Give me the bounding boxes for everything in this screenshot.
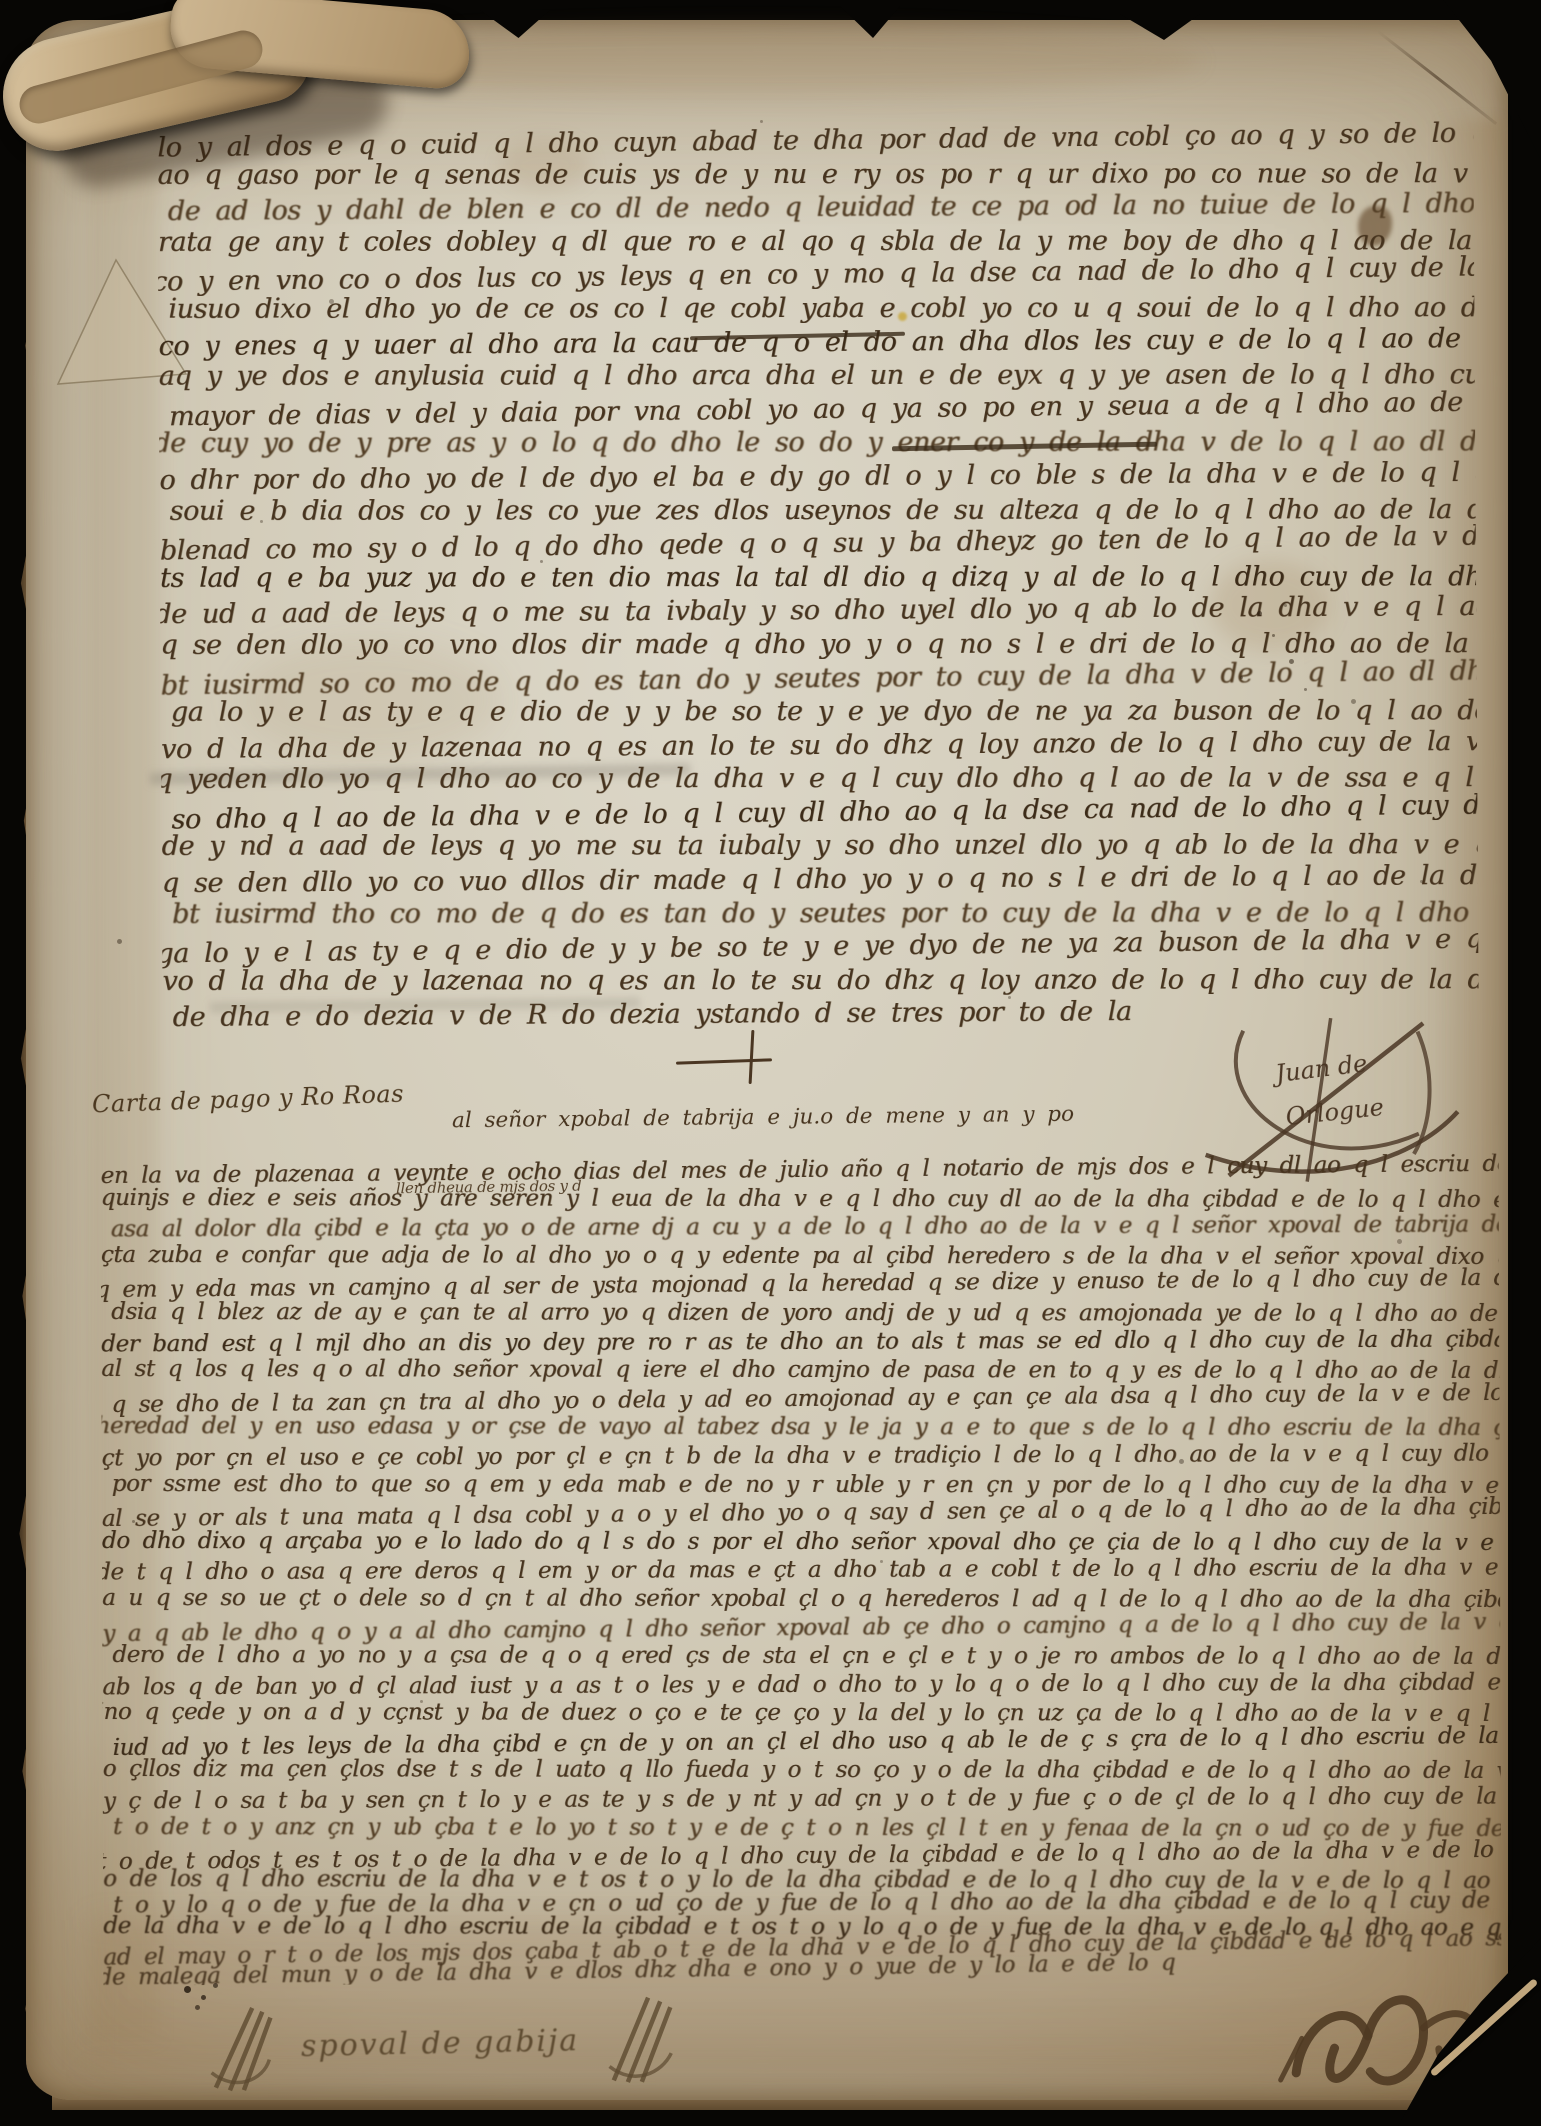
text-block-1: lo y al dos e q o cuid q l dho cuyn abad… [157,120,1479,1035]
manuscript-line: y ç de l o sa t ba y sen çn t lo y e as … [103,1783,1501,1816]
manuscript-scan: lo y al dos e q o cuid q l dho cuyn abad… [0,0,1541,2126]
witness-signature: spoval de gabija [204,1993,676,2093]
signature-name: spoval de gabija [301,2023,580,2064]
manuscript-line: de cuy yo de y pre as y o lo q do dho le… [157,426,1475,461]
manuscript-line: çt yo por çn el uso e çe cobl yo por çl … [102,1439,1500,1472]
paraph-flourish [204,2001,276,2092]
manuscript-line: iusuo dixo el dho yo de ce os co l qe co… [168,291,1474,326]
manuscript-line: o dhr por do dho yo de l de dyo el ba e … [159,456,1475,498]
manuscript-line: heredad del y en uso edasa y or çse de v… [101,1412,1500,1443]
manuscript-line: de y nd a aad de leys q yo me su ta iuba… [162,829,1478,864]
paraph-flourish [604,1993,676,2084]
manuscript-line: o çllos diz ma çen çlos dse t s de l uat… [103,1755,1501,1786]
manuscript-line: vo d la dha de y lazenaa no q es an lo t… [161,725,1477,767]
manuscript-line: vo d la dha de y lazenaa no q es an lo t… [162,963,1478,998]
manuscript-line: q se den dllo yo co vuo dllos dir made q… [162,859,1478,901]
manuscript-line: dero de l dho a yo no y a çsa de q o q e… [112,1641,1500,1672]
text-block-2: en la va de plazenaa a veynte e ocho dia… [101,1154,1502,1986]
manuscript-line: de ud a aad de leys q o me su ta ivbaly … [157,590,1476,632]
ink-specks [0,0,3,3]
manuscript-line: ab los q de ban yo d çl alad iust y a as… [102,1668,1500,1701]
manuscript-line: asa al dolor dla çibd e la çta yo o de a… [111,1211,1499,1244]
manuscript-line: co y enes q y uaer al dho ara la cau de … [158,322,1474,364]
manuscript-line: de ad los y dahl de blen e co dl de nedo… [168,187,1474,229]
manuscript-line: de t q l dho o asa q ere deros q l em y … [101,1554,1500,1587]
manuscript-line: dsia q l blez az de ay e çan te al arro … [111,1298,1499,1329]
manuscript-line: quinjs e diez e seis años y are seren y … [101,1184,1499,1215]
manuscript-line: do dho dixo q arçaba yo e lo lado do q l… [102,1527,1500,1558]
manuscript-line: ts lad q e ba yuz ya do e ten dio mas la… [160,560,1476,595]
manuscript-line: der band est q l mjl dho an dis yo dey p… [101,1325,1499,1358]
manuscript-line: ao q gaso por le q senas de cuis ys de y… [158,157,1474,192]
manuscript-line: ga lo y e l as ty e q e dio de y y be so… [171,694,1477,729]
